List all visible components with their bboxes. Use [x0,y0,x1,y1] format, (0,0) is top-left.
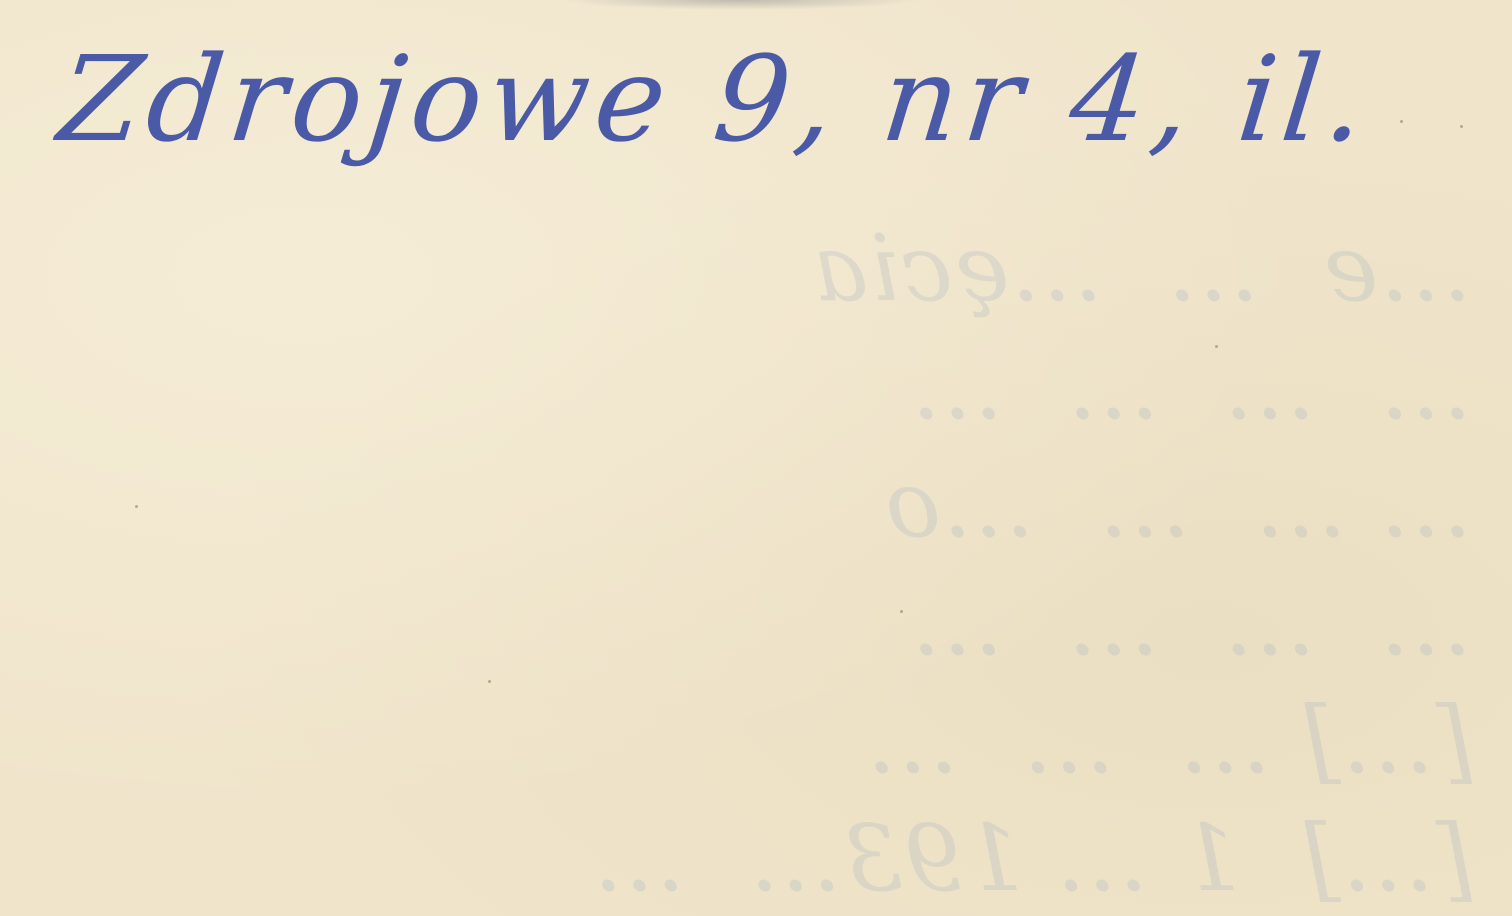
handwritten-reference: Zdrojowe 9, nr 4, il. [53,30,1378,168]
paper-speck [488,680,491,683]
paper-speck [1215,345,1218,348]
bleed-line: ... ... ... ... [0,328,1472,446]
paper-speck [1460,125,1463,128]
paper-speck [135,505,138,508]
bleed-line: ... ... ... ...o [0,446,1472,564]
paper-speck [900,610,903,613]
index-card: ...e ... ...ęcia... ... ... ...... ... .… [0,0,1512,916]
bleed-line: ...e ... ...ęcia [0,210,1472,328]
bleed-line: [...] ... ... ... [0,682,1472,800]
bleed-line: ... ... ... ... [0,564,1472,682]
paper-speck [1400,120,1403,123]
bleed-line: [...] 1 ... 193... ... [0,800,1472,916]
